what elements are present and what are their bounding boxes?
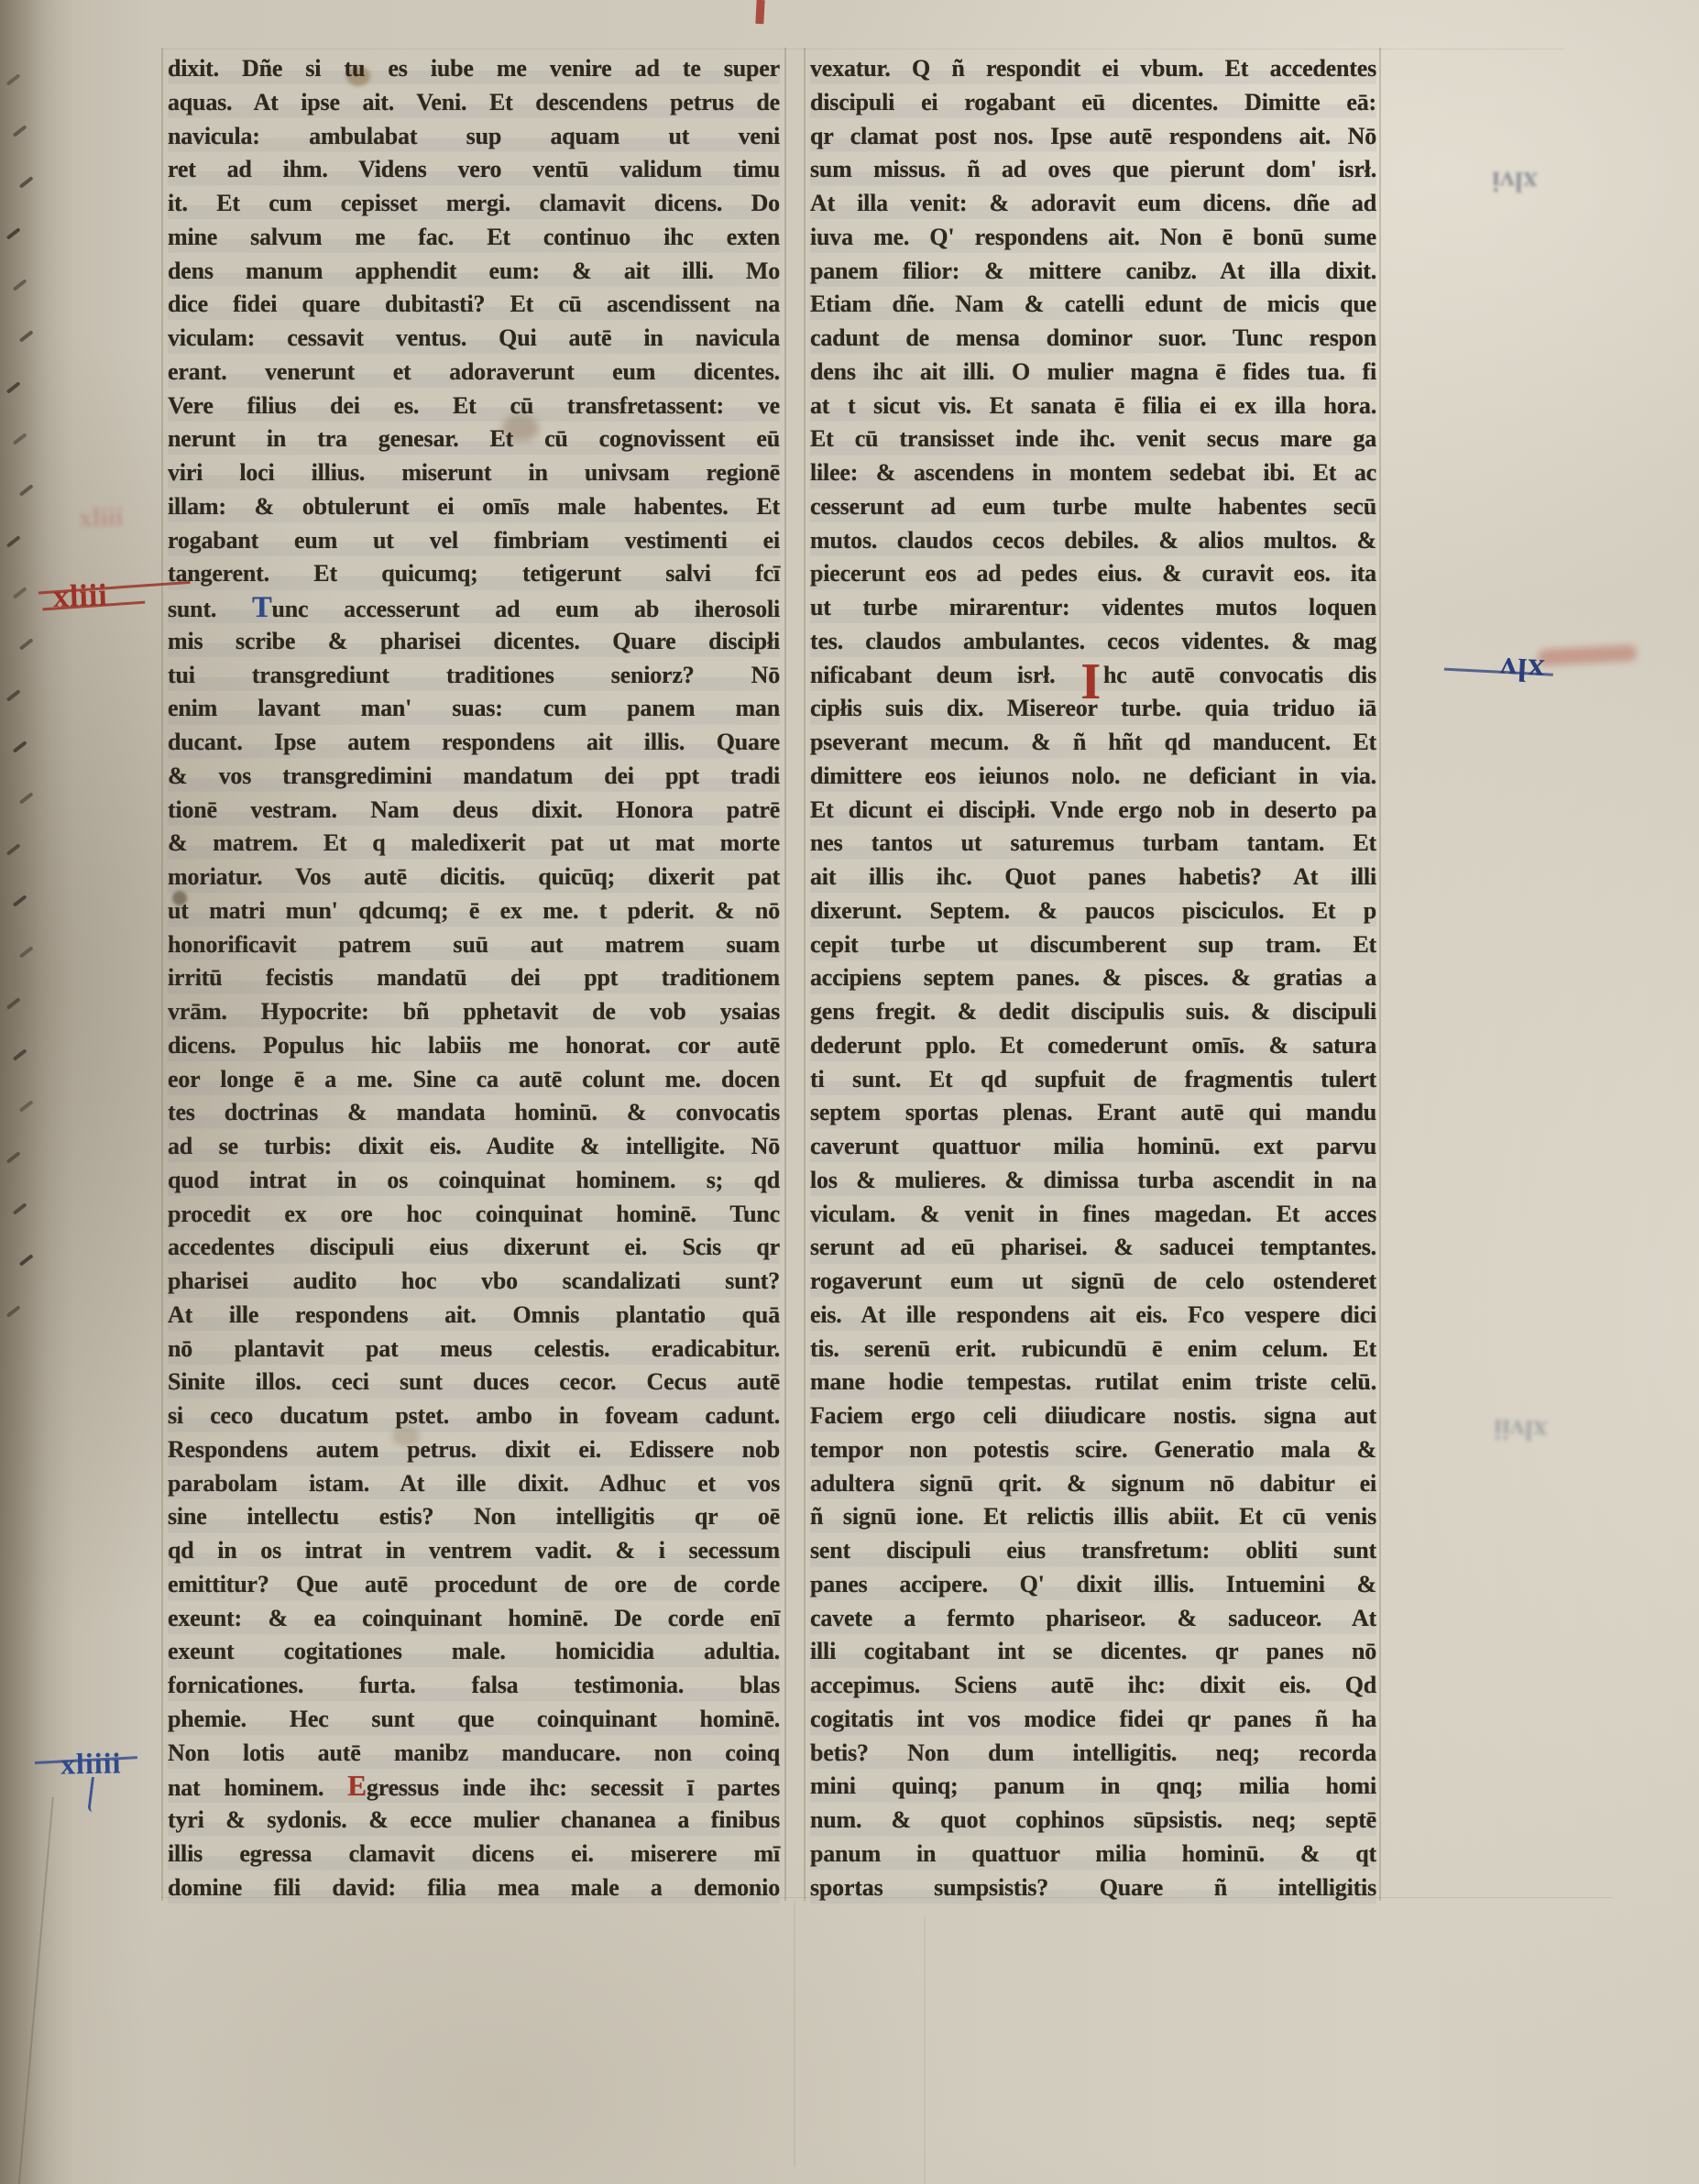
text-line: iuva me. Q' respondens ait. Non ē bonū s… <box>810 221 1376 255</box>
chapter-numeral-xliii-red: xliii <box>52 578 108 615</box>
text-line: nerunt in tra genesar. Et cū cognovissen… <box>168 423 780 456</box>
ruling-line <box>804 48 806 1901</box>
edge-mark <box>13 741 27 752</box>
text-line: Etiam dñe. Nam & catelli edunt de micis … <box>810 288 1376 322</box>
red-ink-tick <box>755 0 764 24</box>
text-line: qr clamat post nos. Ipse autē respondens… <box>810 120 1376 154</box>
edge-mark <box>19 176 34 188</box>
text-line: ad se turbis: dixit eis. Audite & intell… <box>168 1130 780 1164</box>
text-line: sunt. Tunc accesserunt ad eum ab iheroso… <box>168 591 780 625</box>
text-line: dederunt pplo. Et comederunt omīs. & sat… <box>810 1029 1376 1063</box>
text-line: dixit. Dñe si tu es iube me venire ad te… <box>168 52 780 86</box>
text-line: tyri & sydonis. & ecce mulier chananea a… <box>168 1804 780 1838</box>
text-line: viri loci illius. miserunt in univsam re… <box>168 456 780 490</box>
chapter-numeral-xliiii-blue: xliiii <box>60 1746 122 1781</box>
text-line: vrām. Hypocrite: bñ pphetavit de vob ysa… <box>168 995 780 1029</box>
text-line: ut turbe mirarentur: videntes mutos loqu… <box>810 591 1376 625</box>
text-line: rogabant eum ut vel fimbriam vestimenti … <box>168 524 780 558</box>
text-line: fornicationes. furta. falsa testimonia. … <box>168 1669 780 1703</box>
edge-mark <box>13 894 27 906</box>
text-column-right: vexatur. Q ñ respondit ei vbum. Et acced… <box>810 52 1376 1904</box>
red-smudge <box>1538 644 1638 666</box>
text-line: si ceco ducatum pstet. ambo in foveam ca… <box>168 1399 780 1433</box>
text-line: cadunt de mensa dominor suor. Tunc respo… <box>810 322 1376 356</box>
text-line: dimittere eos ieiunos nolo. ne deficiant… <box>810 760 1376 794</box>
text-line: erant. venerunt et adoraverunt eum dicen… <box>168 356 780 390</box>
text-line: dens manum apphendit eum: & ait illi. Mo <box>168 255 780 289</box>
text-line: adultera signū qrit. & signum nō dabitur… <box>810 1467 1376 1501</box>
text-line: phemie. Hec sunt que coinquinant hominē. <box>168 1703 780 1737</box>
text-line: tionē vestram. Nam deus dixit. Honora pa… <box>168 794 780 828</box>
text-line: mini quinq; panum in qnq; milia homi <box>810 1770 1376 1804</box>
text-line: At illa venit: & adoravit eum dicens. dñ… <box>810 187 1376 221</box>
text-line: honorificavit patrem suū aut matrem suam <box>168 928 780 962</box>
text-line: dens ihc ait illi. O mulier magna ē fide… <box>810 356 1376 390</box>
text-line: exeunt: & ea coinquinant hominē. De cord… <box>168 1602 780 1636</box>
text-line: ñ signū ione. Et relictis illis abiit. E… <box>810 1500 1376 1534</box>
text-line: caverunt quattuor milia hominū. ext parv… <box>810 1130 1376 1164</box>
text-line: panes accipere. Q' dixit illis. Intuemin… <box>810 1568 1376 1602</box>
text-line: Sinite illos. ceci sunt duces cecor. Cec… <box>168 1366 780 1399</box>
text-column-left: dixit. Dñe si tu es iube me venire ad te… <box>168 52 780 1904</box>
edge-mark <box>19 1100 34 1112</box>
text-line: tis. serenū erit. rubicundū ē enim celum… <box>810 1333 1376 1366</box>
text-line: cavete a fermto phariseor. & saduceor. A… <box>810 1602 1376 1636</box>
text-line: accepimus. Sciens autē ihc: dixit eis. Q… <box>810 1669 1376 1703</box>
text-line: sine intellectu estis? Non intelligitis … <box>168 1500 780 1534</box>
edge-mark <box>6 535 21 547</box>
text-line: aquas. At ipse ait. Veni. Et descendens … <box>168 86 780 120</box>
text-line: piecerunt eos ad pedes eius. & curavit e… <box>810 557 1376 591</box>
text-line: cesserunt ad eum turbe multe habentes se… <box>810 490 1376 524</box>
text-line: exeunt cogitationes male. homicidia adul… <box>168 1635 780 1669</box>
edge-mark <box>13 125 27 137</box>
ruling-line <box>161 49 1563 49</box>
edge-mark <box>6 997 21 1009</box>
text-line: tes doctrinas & mandata hominū. & convoc… <box>168 1096 780 1130</box>
text-line: illi cogitabant int se dicentes. qr pane… <box>810 1635 1376 1669</box>
edge-mark <box>6 1151 21 1163</box>
text-line: enim lavant man' suas: cum panem man <box>168 692 780 726</box>
text-line: vexatur. Q ñ respondit ei vbum. Et acced… <box>810 52 1376 86</box>
edge-mark <box>19 484 34 496</box>
text-line: & vos transgredimini mandatum dei ppt tr… <box>168 760 780 794</box>
text-line: num. & quot cophinos sūpsistis. neq; sep… <box>810 1804 1376 1838</box>
text-line: panem filior: & mittere canibz. At illa … <box>810 255 1376 289</box>
text-line: Vere filius dei es. Et cū transfretassen… <box>168 390 780 423</box>
text-segment: sunt. <box>168 596 252 622</box>
text-line: cepit turbe ut discumberent sup tram. Et <box>810 928 1376 962</box>
edge-mark <box>13 279 27 291</box>
text-line: lilee: & ascendens in montem sedebat ibi… <box>810 456 1376 490</box>
edge-mark <box>13 587 27 598</box>
text-line: Et cū transisset inde ihc. venit secus m… <box>810 423 1376 456</box>
ruling-line <box>794 1901 795 2167</box>
edge-mark <box>19 330 34 342</box>
text-line: sportas sumpsistis? Quare ñ intelligitis <box>810 1871 1376 1905</box>
text-line: illis egressa clamavit dicens ei. misere… <box>168 1838 780 1871</box>
edge-mark <box>6 381 21 393</box>
ghost-numeral-top-right: xlvi <box>1492 165 1538 200</box>
text-line: procedit ex ore hoc coinquinat hominē. T… <box>168 1198 780 1232</box>
text-line: Respondens autem petrus. dixit ei. Ediss… <box>168 1433 780 1467</box>
text-line: ait illis ihc. Quot panes habetis? At il… <box>810 861 1376 894</box>
ruling-line <box>784 48 786 1901</box>
edge-mark <box>6 1305 21 1317</box>
text-line: quod intrat in os coinquinat hominem. s;… <box>168 1164 780 1198</box>
text-line: it. Et cum cepisset mergi. clamavit dice… <box>168 187 780 221</box>
text-line: moriatur. Vos autē dicitis. quicūq; dixe… <box>168 861 780 894</box>
ruling-line <box>161 48 163 1901</box>
text-line: parabolam istam. At ille dixit. Adhuc et… <box>168 1467 780 1501</box>
text-line: eis. At ille respondens ait eis. Fco ves… <box>810 1299 1376 1333</box>
text-line: pharisei audito hoc vbo scandalizati sun… <box>168 1265 780 1299</box>
text-line: tangerent. Et quicumq; tetigerunt salvi … <box>168 557 780 591</box>
text-line: viculam. & venit in fines magedan. Et ac… <box>810 1198 1376 1232</box>
text-line: nat hominem. Egressus inde ihc: secessit… <box>168 1770 780 1804</box>
text-line: tempor non potestis scire. Generatio mal… <box>810 1433 1376 1467</box>
binding-gutter-shadow <box>0 0 73 2184</box>
text-segment: unc accesserunt ad eum ab iherosoli <box>272 596 781 622</box>
text-line: at t sicut vis. Et sanata ē filia ei ex … <box>810 390 1376 423</box>
text-line: eor longe ē a me. Sine ca autē colunt me… <box>168 1063 780 1097</box>
text-line: serunt ad eū pharisei. & saducei temptan… <box>810 1231 1376 1265</box>
text-line: ducant. Ipse autem respondens ait illis.… <box>168 726 780 760</box>
ruling-line <box>1379 48 1381 1901</box>
manuscript-page: dixit. Dñe si tu es iube me venire ad te… <box>0 0 1699 2184</box>
chapter-numeral-xlv-blue-inverted: xlv <box>1498 650 1545 691</box>
text-line: rogaverunt eum ut signū de celo ostender… <box>810 1265 1376 1299</box>
edge-mark <box>6 227 21 239</box>
text-line: qd in os intrat in ventrem vadit. & i se… <box>168 1534 780 1568</box>
text-line: dixerunt. Septem. & paucos pisciculos. E… <box>810 894 1376 928</box>
text-line: los & mulieres. & dimissa turba ascendit… <box>810 1164 1376 1198</box>
text-line: panum in quattuor milia hominū. & qt <box>810 1838 1376 1871</box>
edge-mark <box>13 1048 27 1060</box>
illuminated-initial: T <box>252 591 271 624</box>
illuminated-initial: E <box>347 1770 367 1802</box>
text-line: mis scribe & pharisei dicentes. Quare di… <box>168 625 780 659</box>
text-line: irritū fecistis mandatū dei ppt traditio… <box>168 961 780 995</box>
text-line: emittitur? Que autē procedunt de ore de … <box>168 1568 780 1602</box>
text-line: discipuli ei rogabant eū dicentes. Dimit… <box>810 86 1376 120</box>
text-line: septem sportas plenas. Erant autē qui ma… <box>810 1096 1376 1130</box>
text-line: navicula: ambulabat sup aquam ut veni <box>168 120 780 154</box>
text-line: nificabant deum isrł. Ihc autē convocati… <box>810 659 1376 693</box>
edge-mark <box>19 638 34 650</box>
edge-mark <box>6 689 21 701</box>
parchment-crease <box>17 1797 53 2184</box>
text-line: tui transgrediunt traditiones seniorz? N… <box>168 659 780 693</box>
ghost-numeral-left: xliii <box>78 501 124 534</box>
text-line: accipiens septem panes. & pisces. & grat… <box>810 961 1376 995</box>
text-line: pseverant mecum. & ñ hñt qd manducent. E… <box>810 726 1376 760</box>
text-line: & matrem. Et q maledixerit pat ut mat mo… <box>168 827 780 861</box>
text-line: nō plantavit pat meus celestis. eradicab… <box>168 1333 780 1366</box>
ghost-numeral-mid-right: xlvii <box>1493 1412 1548 1448</box>
text-line: nes tantos ut saturemus turbam tantam. E… <box>810 827 1376 861</box>
text-line: cipłis suis dix. Misereor turbe. quia tr… <box>810 692 1376 726</box>
text-line: mane hodie tempestas. rutilat enim trist… <box>810 1366 1376 1399</box>
text-line: ut matri mun' qdcumq; ē ex me. t pderit.… <box>168 894 780 928</box>
text-segment: nat hominem. <box>168 1774 347 1801</box>
text-line: dicens. Populus hic labiis me honorat. c… <box>168 1029 780 1063</box>
text-line: mutos. claudos cecos debiles. & alios mu… <box>810 524 1376 558</box>
text-line: mine salvum me fac. Et continuo ihc exte… <box>168 221 780 255</box>
text-line: gens fregit. & dedit discipulis suis. & … <box>810 995 1376 1029</box>
text-line: Faciem ergo celi diiudicare nostis. sign… <box>810 1399 1376 1433</box>
edge-mark <box>13 433 27 444</box>
text-line: ret ad ihm. Videns vero ventū validum ti… <box>168 153 780 187</box>
edge-mark <box>13 1202 27 1214</box>
text-line: dice fidei quare dubitasti? Et cū ascend… <box>168 288 780 322</box>
text-line: illam: & obtulerunt ei omīs male habente… <box>168 490 780 524</box>
edge-mark <box>6 843 21 855</box>
edge-mark <box>19 1254 34 1266</box>
text-line: sum missus. ñ ad oves que pierunt dom' i… <box>810 153 1376 187</box>
text-line: Non lotis autē manibz manducare. non coi… <box>168 1737 780 1771</box>
text-line: viculam: cessavit ventus. Qui autē in na… <box>168 322 780 356</box>
text-line: At ille respondens ait. Omnis plantatio … <box>168 1299 780 1333</box>
edge-mark <box>6 73 21 85</box>
text-line: cogitatis int vos modice fidei qr panes … <box>810 1703 1376 1737</box>
text-segment: nificabant deum isrł. <box>810 662 1080 688</box>
text-line: ti sunt. Et qd supfuit de fragmentis tul… <box>810 1063 1376 1097</box>
text-line: sent discipuli eius transfretum: obliti … <box>810 1534 1376 1568</box>
edge-mark <box>19 946 34 958</box>
ruling-line <box>924 1915 926 2184</box>
text-line: domine fili david: filia mea male a demo… <box>168 1871 780 1905</box>
text-line: Et dicunt ei discipłi. Vnde ergo nob in … <box>810 794 1376 828</box>
text-segment: gressus inde ihc: secessit ī partes <box>367 1774 780 1801</box>
text-segment: hc autē convocatis dis <box>1103 662 1376 688</box>
text-line: accedentes discipuli eius dixerunt ei. S… <box>168 1231 780 1265</box>
edge-mark <box>19 792 34 804</box>
text-line: betis? Non dum intelligitis. neq; record… <box>810 1737 1376 1771</box>
